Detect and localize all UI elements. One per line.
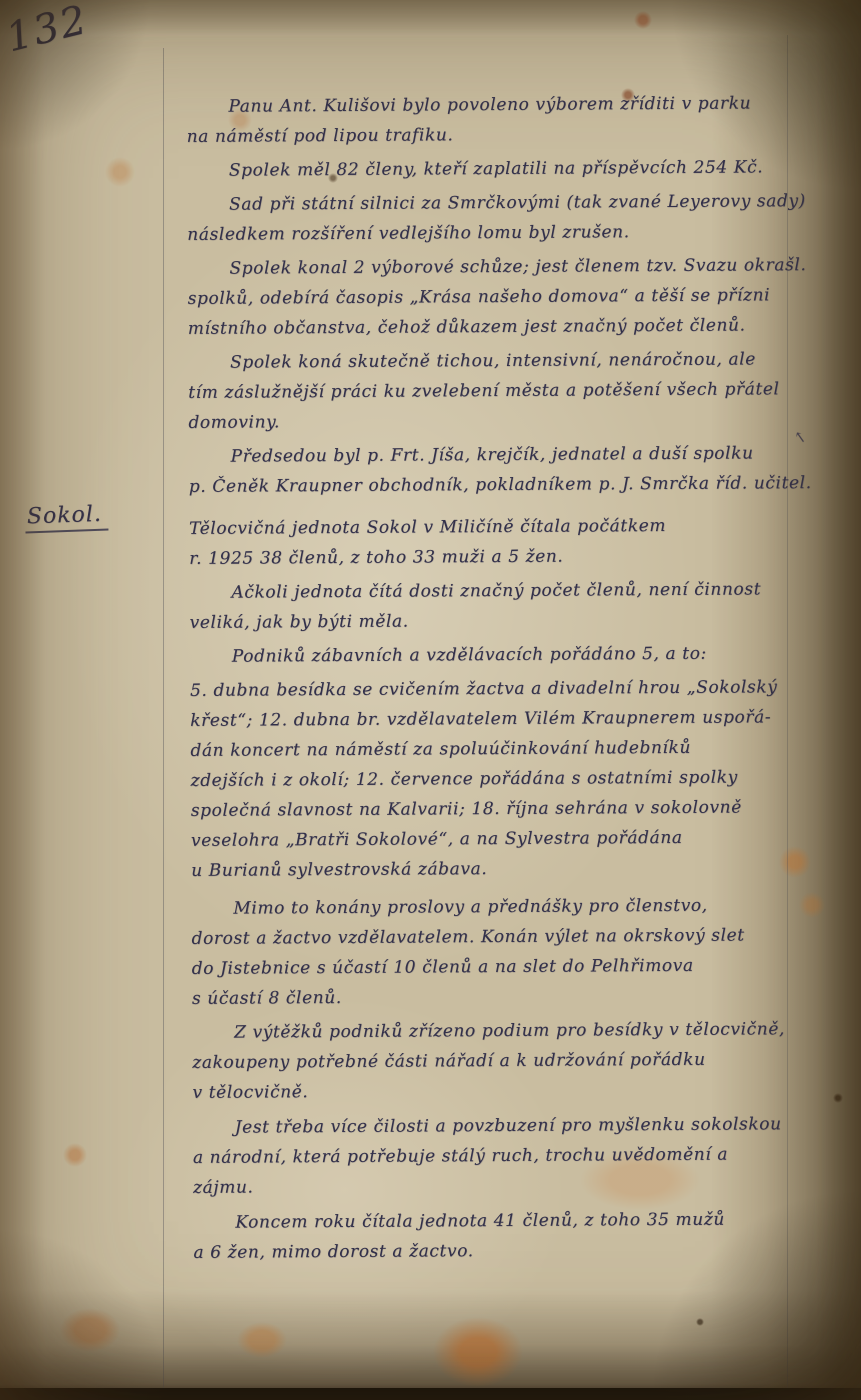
text-line: 5. dubna besídka se cvičením žactva a di… [190,672,812,706]
text-line: zdejších i z okolí; 12. července pořádán… [191,762,813,796]
text-line: tím záslužnější práci ku zvelebení města… [188,374,810,408]
paragraph: Z výtěžků podniků zřízeno podium pro bes… [192,1014,815,1108]
text-line: dorost a žactvo vzdělavatelem. Konán výl… [191,920,813,954]
text-line: domoviny. [188,404,810,438]
left-margin-rule [163,48,164,1388]
margin-note-sokol: Sokol. [25,502,109,534]
text-line: společná slavnost na Kalvarii; 18. října… [191,792,813,826]
text-line: Z výtěžků podniků zřízeno podium pro bes… [192,1014,814,1048]
handwritten-text-block: Panu Ant. Kulišovi bylo povoleno výborem… [186,88,815,1272]
paragraph: Tělocvičná jednota Sokol v Miličíně číta… [189,510,811,574]
paragraph: Spolek koná skutečně tichou, intensivní,… [188,344,811,438]
photo-bottom-edge [0,1388,861,1400]
text-line: zájmu. [193,1169,815,1203]
text-line: Spolek konal 2 výborové schůze; jest čle… [187,250,809,284]
text-line: Panu Ant. Kulišovi bylo povoleno výborem… [186,88,808,122]
text-line: zakoupeny potřebné části nářadí a k udrž… [192,1044,814,1078]
text-line: Předsedou byl p. Frt. Jíša, krejčík, jed… [189,438,811,472]
text-line: u Burianů sylvestrovská zábava. [191,852,813,886]
manuscript-page: 132 Sokol. ↖ Panu Ant. Kulišovi bylo pov… [0,0,861,1400]
paragraph: Sad při státní silnici za Smrčkovými (ta… [187,186,809,250]
text-line: Spolek měl 82 členy, kteří zaplatili na … [187,152,809,186]
text-line: a 6 žen, mimo dorost a žactvo. [193,1234,815,1268]
paragraph: Panu Ant. Kulišovi bylo povoleno výborem… [186,88,808,152]
text-line: Jest třeba více čilosti a povzbuzení pro… [193,1109,815,1143]
paragraph: 5. dubna besídka se cvičením žactva a di… [190,672,813,886]
text-line: p. Čeněk Kraupner obchodník, pokladníkem… [189,468,811,502]
text-line: místního občanstva, čehož důkazem jest z… [188,310,810,344]
page-number: 132 [2,0,93,61]
text-line: následkem rozšíření vedlejšího lomu byl … [187,216,809,250]
text-line: v tělocvičně. [192,1074,814,1108]
text-line: veliká, jak by býti měla. [190,604,812,638]
paragraph: Spolek měl 82 členy, kteří zaplatili na … [187,152,809,186]
text-line: křest“; 12. dubna br. vzdělavatelem Vilé… [190,702,812,736]
text-line: a národní, která potřebuje stálý ruch, t… [193,1139,815,1173]
text-line: dán koncert na náměstí za spoluúčinkován… [190,732,812,766]
text-line: Podniků zábavních a vzdělávacích pořádán… [190,638,812,672]
paragraph: Koncem roku čítala jednota 41 členů, z t… [193,1204,815,1268]
text-line: Spolek koná skutečně tichou, intensivní,… [188,344,810,378]
text-line: Tělocvičná jednota Sokol v Miličíně číta… [189,510,811,544]
text-line: na náměstí pod lipou trafiku. [187,118,809,152]
paragraph: Ačkoli jednota čítá dosti značný počet č… [189,574,811,638]
text-line: Koncem roku čítala jednota 41 členů, z t… [193,1204,815,1238]
text-line: Sad při státní silnici za Smrčkovými (ta… [187,186,809,220]
paragraph: Jest třeba více čilosti a povzbuzení pro… [193,1109,816,1203]
text-line: do Jistebnice s účastí 10 členů a na sle… [192,950,814,984]
paragraph: Podniků zábavních a vzdělávacích pořádán… [190,638,812,672]
text-line: veselohra „Bratři Sokolové“, a na Sylves… [191,822,813,856]
text-line: s účastí 8 členů. [192,980,814,1014]
text-line: spolků, odebírá časopis „Krása našeho do… [188,280,810,314]
text-line: Ačkoli jednota čítá dosti značný počet č… [189,574,811,608]
paragraph: Předsedou byl p. Frt. Jíša, krejčík, jed… [189,438,811,502]
text-line: Mimo to konány proslovy a přednášky pro … [191,890,813,924]
paragraph: Mimo to konány proslovy a přednášky pro … [191,890,814,1014]
paragraph: Spolek konal 2 výborové schůze; jest čle… [187,250,810,344]
text-line: r. 1925 38 členů, z toho 33 muži a 5 žen… [189,540,811,574]
